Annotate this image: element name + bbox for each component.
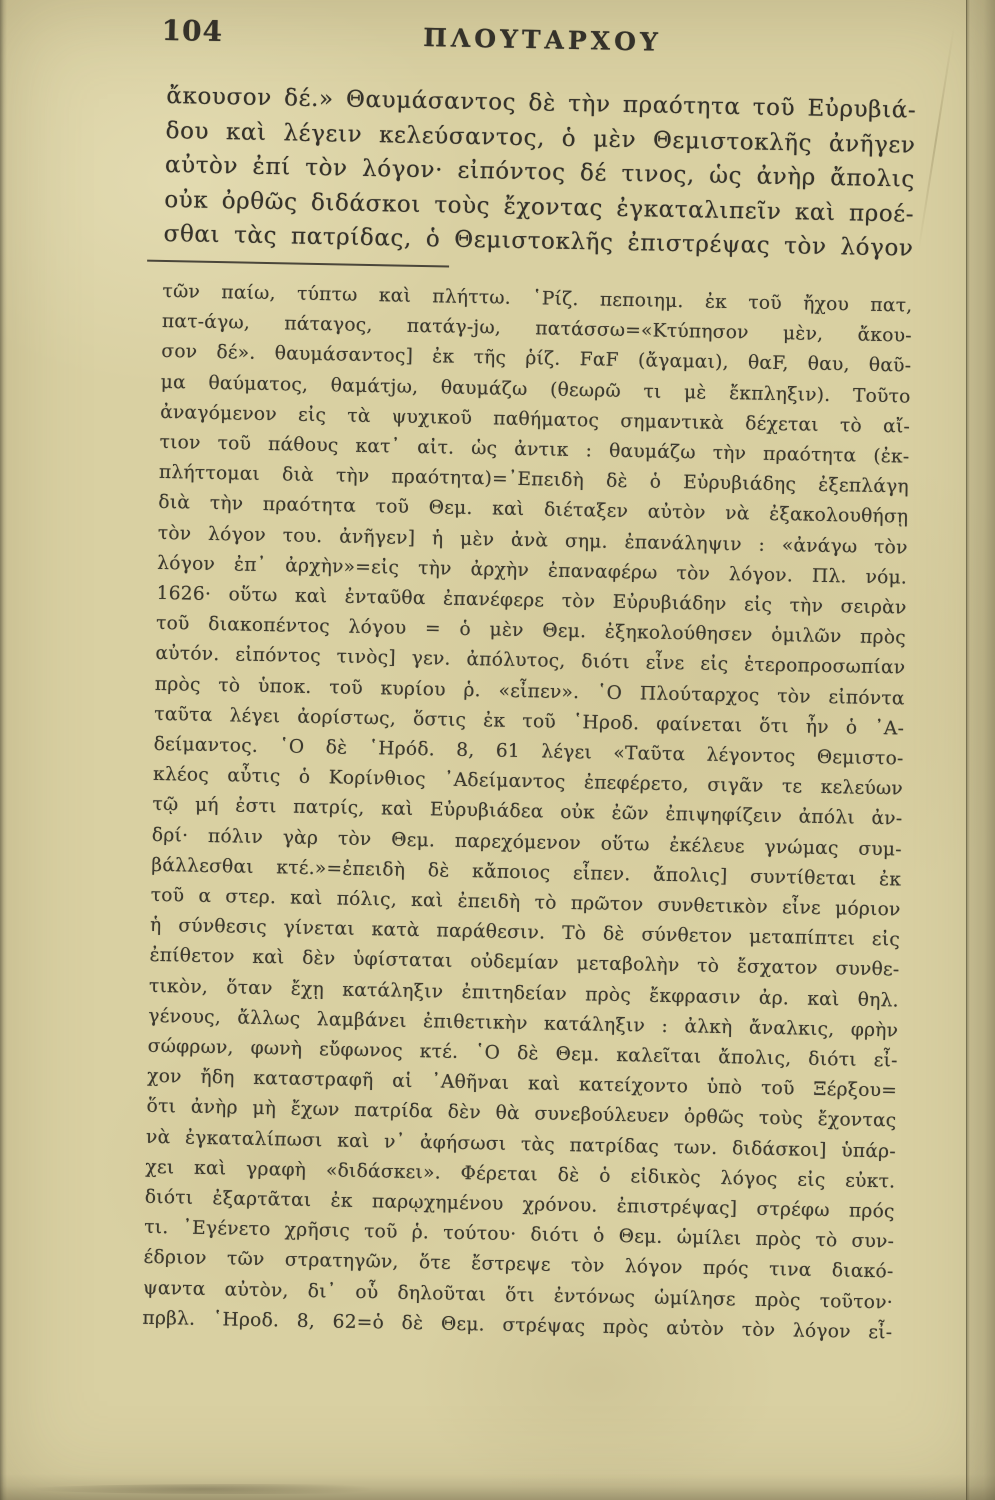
- commentary-block: τῶν παίω, τύπτω καὶ πλήττω. ῾Ρίζ. πεποιη…: [142, 277, 913, 1349]
- main-text-block: ἄκουσον δέ.» Θαυμάσαντος δὲ τὴν πραότητα…: [163, 79, 916, 267]
- scan-left-edge: [0, 0, 7, 1500]
- page-header: 104 ΠΛΟΥΤΑΡΧΟΥ: [167, 12, 918, 69]
- page-content: 104 ΠΛΟΥΤΑΡΧΟΥ ἄκουσον δέ.» Θαυμάσαντος …: [142, 12, 918, 1348]
- footnote-separator-rule: [147, 260, 449, 268]
- scanned-book-page: 104 ΠΛΟΥΤΑΡΧΟΥ ἄκουσον δέ.» Θαυμάσαντος …: [0, 0, 995, 1500]
- running-title: ΠΛΟΥΤΑΡΧΟΥ: [167, 12, 918, 62]
- paper-crease: [917, 26, 955, 253]
- bottom-smudge: [30, 1484, 460, 1494]
- page-fold-right-edge: [966, 0, 995, 1500]
- page-number: 104: [161, 14, 223, 48]
